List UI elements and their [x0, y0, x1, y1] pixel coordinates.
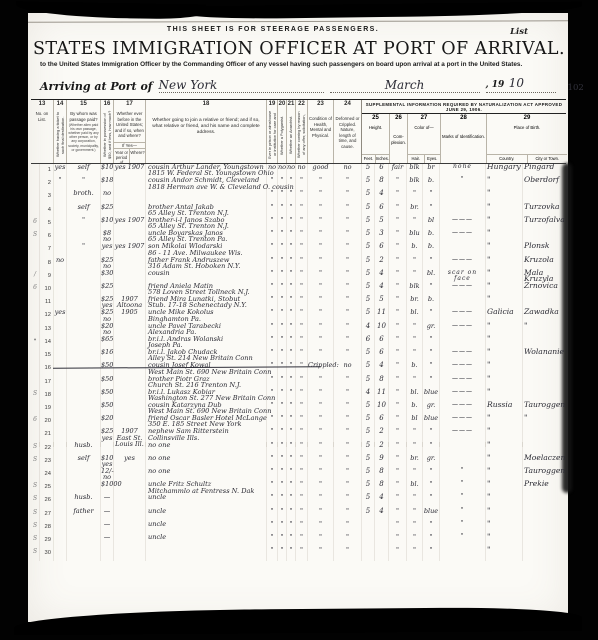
cell-complexion: " — [388, 323, 406, 336]
cell-polygamist: " — [277, 270, 286, 283]
cell-margin-mark: 6 — [31, 415, 39, 428]
cell-money — [100, 442, 113, 455]
cell-passage-paid: self — [66, 204, 100, 217]
cell-birth-city: Zrnovica — [522, 283, 566, 296]
cell-row-number: 7 — [39, 243, 53, 256]
cell-birth-country: " — [485, 257, 522, 270]
cell-ticket — [53, 521, 66, 534]
cell-hair: " — [406, 270, 422, 283]
cell-contract-labor: " — [295, 362, 307, 375]
col29-number: 29 — [487, 114, 567, 124]
cell-eyes: " — [422, 309, 439, 322]
col-polygamist: 20 Whether a Polygamist. — [277, 100, 286, 163]
cell-marks: ——— — [439, 389, 485, 402]
cell-margin-mark — [31, 204, 39, 217]
cell-row-number: 11 — [39, 296, 53, 309]
cell-height-inches: 4 — [374, 362, 388, 375]
cell-height-feet: 5 — [361, 508, 374, 521]
cell-height-inches: 6 — [374, 204, 388, 217]
cell-eyes: " — [422, 257, 439, 270]
col-deformed: 24 Deformed or Crippled. Nature, length … — [333, 100, 361, 163]
cell-ever-in-us — [113, 402, 145, 415]
cell-margin-mark — [31, 243, 39, 256]
cell-contract-labor: " — [295, 508, 307, 521]
cell-marks: ——— — [439, 362, 485, 375]
cell-prison: " — [266, 270, 277, 283]
cell-eyes: " — [422, 204, 439, 217]
cell-height-feet: 5 — [361, 442, 374, 455]
cell-ever-in-us: yes — [113, 455, 145, 468]
cell-birth-city: " — [522, 323, 566, 336]
cell-money: $50 — [100, 362, 113, 375]
cell-birth-country: Hungary — [485, 164, 522, 177]
scanned-manifest-screenshot: { "page": { "sheet_note": "THIS SHEET IS… — [0, 0, 598, 640]
cell-ticket: no — [53, 257, 66, 270]
cell-complexion: " — [388, 257, 406, 270]
cell-prison: " — [266, 257, 277, 270]
cell-hair: bl. — [406, 389, 422, 402]
col20-label: Whether a Polygamist. — [279, 110, 284, 160]
cell-eyes: " — [422, 442, 439, 455]
cell-eyes: " — [422, 376, 439, 389]
cell-height-feet: 5 — [361, 204, 374, 217]
scan-tear-top-right — [188, 2, 582, 20]
cell-margin-mark: S — [31, 494, 39, 507]
cell-margin-mark — [31, 323, 39, 336]
cell-relative: brother Antal Jakab 65 Alley St. Trenton… — [145, 204, 266, 217]
cell-ever-in-us — [113, 481, 145, 494]
cell-money: $50 — [100, 376, 113, 389]
cell-contract-labor: " — [295, 243, 307, 256]
cell-row-number: 5 — [39, 217, 53, 230]
cell-row-number: 15 — [39, 349, 53, 362]
cell-relative: uncle Mike Kokolus Binghamton Pa. — [145, 309, 266, 322]
cell-birth-country: " — [485, 534, 522, 547]
cell-complexion: " — [388, 494, 406, 507]
col24-label: Deformed or Crippled. Nature, length of … — [334, 110, 361, 150]
cell-height-feet: 5 — [361, 257, 374, 270]
cell-height-inches: 4 — [374, 508, 388, 521]
col17-label: Whether ever before in the United States… — [114, 110, 145, 140]
cell-ticket — [53, 455, 66, 468]
table-body: 1 yes self $10 yes 1907 cousin Arthur La… — [31, 164, 566, 561]
cell-prison: " — [266, 190, 277, 203]
cell-money — [100, 547, 113, 560]
cell-prison: " — [266, 243, 277, 256]
cell-height-feet: 5 — [361, 270, 374, 283]
cell-margin-mark — [31, 257, 39, 270]
cell-passage-paid: father — [66, 508, 100, 521]
cell-relative: cousin — [145, 270, 266, 283]
cell-polygamist: " — [277, 494, 286, 507]
cell-row-number: 24 — [39, 468, 53, 481]
supplemental-banner: SUPPLEMENTAL INFORMATION REQUIRED BY NAT… — [362, 100, 566, 114]
passenger-row: 17 $50 brother Piotr Graz Church St. 216… — [31, 376, 566, 389]
cell-relative: brother Piotr Graz Church St. 216 Trento… — [145, 376, 266, 389]
cell-birth-country: " — [485, 243, 522, 256]
cell-contract-labor: " — [295, 442, 307, 455]
cell-deformed: " — [333, 204, 361, 217]
cell-ticket — [53, 481, 66, 494]
cell-anarchist: " — [286, 190, 295, 203]
col-height: 25 Height. Feet. Inches. — [362, 114, 389, 163]
cell-prison: " — [266, 442, 277, 455]
cell-anarchist: " — [286, 243, 295, 256]
passenger-row: 8 no $25 no father Frank Andruszew 316 A… — [31, 257, 566, 270]
cell-polygamist: " — [277, 257, 286, 270]
supplemental-section: SUPPLEMENTAL INFORMATION REQUIRED BY NAT… — [361, 100, 566, 163]
page-subtitle: to the United States Immigration Officer… — [40, 61, 560, 68]
cell-row-number: 2 — [39, 177, 53, 190]
cell-polygamist: " — [277, 389, 286, 402]
sheet-edge-line — [28, 20, 568, 22]
cell-relative: br.i.l. Lukasz Kobiar Washington St. 277… — [145, 389, 266, 402]
cell-height-inches: 4 — [374, 190, 388, 203]
cell-row-number: 8 — [39, 257, 53, 270]
cell-margin-mark — [31, 362, 39, 375]
cell-eyes: " — [422, 494, 439, 507]
col14-label: Whether having a ticket to such final de… — [55, 110, 65, 160]
cell-height-feet: 5 — [361, 309, 374, 322]
cell-marks — [439, 243, 485, 256]
cell-height-feet — [361, 521, 374, 534]
cell-ticket — [53, 204, 66, 217]
cell-margin-mark — [31, 376, 39, 389]
cell-birth-country: " — [485, 190, 522, 203]
cell-row-number: 28 — [39, 521, 53, 534]
cell-deformed: " — [333, 494, 361, 507]
cell-polygamist: " — [277, 442, 286, 455]
cell-deformed: " — [333, 270, 361, 283]
cell-ticket — [53, 270, 66, 283]
cell-ticket — [53, 547, 66, 560]
cell-margin-mark — [31, 349, 39, 362]
cell-margin-mark — [31, 296, 39, 309]
cell-passage-paid — [66, 296, 100, 309]
cell-birth-city — [522, 362, 566, 375]
col27-sub-eyes: Eyes. — [424, 155, 441, 163]
cell-anarchist: " — [286, 442, 295, 455]
cell-ticket — [53, 230, 66, 243]
col25-sub-feet: Feet. — [362, 155, 375, 163]
cell-prison: " — [266, 494, 277, 507]
cell-marks — [439, 190, 485, 203]
cell-hair: " — [406, 376, 422, 389]
supplemental-columns: 25 Height. Feet. Inches. 26 Com-plexion.… — [362, 114, 566, 163]
cell-birth-country: " — [485, 455, 522, 468]
cell-birth-country: " — [485, 204, 522, 217]
cell-height-inches: 4 — [374, 494, 388, 507]
cell-anarchist: " — [286, 270, 295, 283]
col15-note: (Whether alien paid his own passage, whe… — [67, 123, 100, 152]
cell-contract-labor: " — [295, 270, 307, 283]
col17-sub-years: Year or period of years. — [114, 149, 129, 163]
cell-row-number: 19 — [39, 402, 53, 415]
cell-height-feet: 5 — [361, 190, 374, 203]
col-color-of: 27 Color of— Hair. Eyes. — [407, 114, 440, 163]
cell-passage-paid — [66, 415, 100, 428]
cell-birth-country: " — [485, 468, 522, 481]
cell-row-number: 18 — [39, 389, 53, 402]
col19-number: 19 — [267, 100, 277, 110]
cell-contract-labor: " — [295, 376, 307, 389]
cell-passage-paid — [66, 257, 100, 270]
cell-row-number: 4 — [39, 204, 53, 217]
col28-number: 28 — [441, 114, 486, 124]
cell-height-inches: 6 — [374, 243, 388, 256]
passenger-row: S 30 " " " " " " " " " " — [31, 547, 566, 560]
col-relative: 18 Whether going to join a relative or f… — [145, 100, 266, 163]
cell-health: " — [307, 243, 333, 256]
cell-margin-mark — [31, 190, 39, 203]
passenger-row: S 27 father — uncle " " " " " " 5 4 " " … — [31, 508, 566, 521]
cell-ticket: " — [53, 177, 66, 190]
col-no-on-list: 13 No. on List. — [31, 100, 53, 163]
cell-ever-in-us — [113, 389, 145, 402]
cell-birth-country: " — [485, 547, 522, 560]
cell-health: " — [307, 309, 333, 322]
col29-label: Place of Birth. — [487, 124, 567, 132]
cell-marks: ——— — [439, 283, 485, 296]
col27-sub-hair: Hair. — [408, 155, 424, 163]
cell-passage-paid: broth. — [66, 190, 100, 203]
cell-margin-mark: 6 — [31, 283, 39, 296]
cell-polygamist: " — [277, 323, 286, 336]
cell-row-number: 12 — [39, 309, 53, 322]
col16-label: Whether in possession of $50, and if les… — [102, 110, 112, 160]
cell-ticket — [53, 442, 66, 455]
month-field: March — [330, 78, 480, 93]
col13-label: No. on List. — [31, 110, 53, 123]
cell-height-inches: 10 — [374, 323, 388, 336]
cell-height-inches — [374, 534, 388, 547]
cell-polygamist: " — [277, 190, 286, 203]
cell-ever-in-us: yes 1907 — [113, 243, 145, 256]
cell-ever-in-us: yes 1907 — [113, 217, 145, 230]
cell-row-number: 23 — [39, 455, 53, 468]
cell-marks: ——— — [439, 257, 485, 270]
col21-label: Whether an Anarchist. — [288, 110, 293, 160]
cell-ever-in-us — [113, 508, 145, 521]
cell-height-inches: 2 — [374, 442, 388, 455]
cell-height-inches — [374, 547, 388, 560]
cell-relative: cousin Josef Kowal West Main St. 690 New… — [145, 362, 266, 375]
cell-polygamist: " — [277, 309, 286, 322]
cell-birth-country: " — [485, 217, 522, 230]
cell-ever-in-us — [113, 270, 145, 283]
cell-marks: " — [439, 177, 485, 190]
cell-ever-in-us — [113, 534, 145, 547]
cell-anarchist: " — [286, 389, 295, 402]
cell-ticket — [53, 243, 66, 256]
cell-ever-in-us: 1905 — [113, 309, 145, 322]
cell-margin-mark: S — [31, 508, 39, 521]
cell-birth-country: " — [485, 349, 522, 362]
cell-ticket — [53, 534, 66, 547]
cell-height-feet: 4 — [361, 389, 374, 402]
cell-margin-mark: S — [31, 389, 39, 402]
cell-margin-mark — [31, 402, 39, 415]
cell-prison: " — [266, 204, 277, 217]
cell-health: " — [307, 508, 333, 521]
cell-row-number: 9 — [39, 270, 53, 283]
cell-margin-mark — [31, 468, 39, 481]
col25-number: 25 — [362, 114, 389, 124]
cell-birth-city: Oberdorf — [522, 177, 566, 190]
cell-eyes: " — [422, 362, 439, 375]
passenger-row: 12 yes $25 no 1905 uncle Mike Kokolus Bi… — [31, 309, 566, 322]
cell-hair: " — [406, 442, 422, 455]
cell-polygamist: " — [277, 508, 286, 521]
cell-ever-in-us — [113, 177, 145, 190]
cell-height-feet — [361, 534, 374, 547]
cell-margin-mark: • — [31, 336, 39, 349]
cell-hair: " — [406, 257, 422, 270]
cell-birth-country: Galicia — [485, 309, 522, 322]
cell-birth-country: " — [485, 177, 522, 190]
cell-money: — — [100, 508, 113, 521]
cell-prison: " — [266, 362, 277, 375]
cell-birth-country: " — [485, 494, 522, 507]
cell-complexion: " — [388, 270, 406, 283]
passenger-row: S 18 $50 br.i.l. Lukasz Kobiar Washingto… — [31, 389, 566, 402]
passenger-row: S 26 husb. — uncle " " " " " " 5 4 " " "… — [31, 494, 566, 507]
cell-eyes: bl. — [422, 270, 439, 283]
cell-anarchist: " — [286, 309, 295, 322]
passenger-row: 3 broth. no " " " " " " 5 4 " " " " — [31, 190, 566, 203]
cell-anarchist: " — [286, 494, 295, 507]
cell-ticket — [53, 389, 66, 402]
cell-row-number: 20 — [39, 415, 53, 428]
col28-label: Marks of Identification. — [441, 124, 486, 141]
col17-subheads: Year or period of years. Where? — [114, 148, 145, 163]
cell-birth-city — [522, 521, 566, 534]
steerage-note: THIS SHEET IS FOR STEERAGE PASSENGERS. — [88, 26, 458, 33]
cell-height-feet: 5 — [361, 243, 374, 256]
cell-margin-mark: S — [31, 547, 39, 560]
cell-marks: ——— — [439, 230, 485, 243]
arriving-line: Arriving at Port of New York March , 19 … — [40, 72, 560, 93]
cell-anarchist: " — [286, 323, 295, 336]
cell-height-feet: 5 — [361, 362, 374, 375]
port-field: New York — [159, 78, 324, 93]
cell-prison: " — [266, 376, 277, 389]
cell-complexion: " — [388, 309, 406, 322]
cell-complexion: " — [388, 547, 406, 560]
cell-relative: uncle — [145, 494, 266, 507]
cell-margin-mark — [31, 164, 39, 177]
cell-deformed: " — [333, 309, 361, 322]
list-label: List — [510, 27, 528, 37]
cell-ever-in-us — [113, 362, 145, 375]
page-number: 102 — [568, 83, 598, 93]
passenger-row: S 28 — uncle " " " " " " " " " " " — [31, 521, 566, 534]
cell-anarchist: " — [286, 362, 295, 375]
cell-polygamist: " — [277, 362, 286, 375]
cell-ticket — [53, 190, 66, 203]
cell-margin-mark: S — [31, 455, 39, 468]
cell-prison: " — [266, 309, 277, 322]
cell-margin-mark: S — [31, 442, 39, 455]
cell-ever-in-us: yes 1907 — [113, 164, 145, 177]
cell-margin-mark — [31, 309, 39, 322]
cell-relative: son Mikolai Wlodarski 86 - 11 Ave. Milwa… — [145, 243, 266, 256]
cell-passage-paid: " — [66, 243, 100, 256]
cell-deformed: " — [333, 243, 361, 256]
cell-money: $50 — [100, 389, 113, 402]
passenger-row: S 25 $1000 uncle Fritz Schultz Mitchamml… — [31, 481, 566, 494]
cell-ever-in-us — [113, 204, 145, 217]
cell-money: $25 no — [100, 257, 113, 270]
cell-anarchist: " — [286, 547, 295, 560]
cell-complexion: " — [388, 442, 406, 455]
cell-contract-labor: " — [295, 190, 307, 203]
cell-money: $25 — [100, 204, 113, 217]
cell-birth-city — [522, 494, 566, 507]
cell-height-inches: 11 — [374, 389, 388, 402]
year-written: 10 — [509, 76, 524, 90]
col14-number: 14 — [54, 100, 66, 110]
cell-ticket — [53, 508, 66, 521]
cell-ever-in-us — [113, 257, 145, 270]
cell-marks: " — [439, 508, 485, 521]
cell-complexion: " — [388, 362, 406, 375]
passenger-row: / 9 $30 cousin " " " " " " 5 4 " " bl. s… — [31, 270, 566, 283]
cell-birth-city: Wolananie — [522, 349, 566, 362]
cell-marks — [439, 547, 485, 560]
cell-eyes: blue — [422, 508, 439, 521]
cell-deformed: " — [333, 389, 361, 402]
col-contract-labor: 22 Whether coming by reason of any offer… — [295, 100, 307, 163]
col24-number: 24 — [334, 100, 361, 110]
col-complexion: 26 Com-plexion. — [389, 114, 407, 163]
cell-ticket: yes — [53, 309, 66, 322]
passenger-row: 4 self $25 brother Antal Jakab 65 Alley … — [31, 204, 566, 217]
cell-contract-labor: " — [295, 389, 307, 402]
cell-ever-in-us — [113, 521, 145, 534]
cell-contract-labor: " — [295, 204, 307, 217]
cell-prison: " — [266, 389, 277, 402]
cell-ticket — [53, 323, 66, 336]
cell-eyes: gr. — [422, 323, 439, 336]
col18-label: Whether going to join a relative or frie… — [146, 110, 266, 138]
cell-marks: ——— — [439, 323, 485, 336]
cell-birth-city: Zawadka — [522, 309, 566, 322]
cell-prison: " — [266, 547, 277, 560]
manifest-table: 13 No. on List. 14 Whether having a tick… — [31, 99, 566, 561]
cell-deformed: " — [333, 257, 361, 270]
col23-number: 23 — [308, 100, 333, 110]
cell-margin-mark — [31, 177, 39, 190]
passenger-row: S 29 — uncle " " " " " " " " " " " — [31, 534, 566, 547]
cell-passage-paid — [66, 323, 100, 336]
col-passage-paid: 15 By whom was passage paid? (Whether al… — [66, 100, 100, 163]
cell-complexion: " — [388, 190, 406, 203]
cell-row-number: 26 — [39, 494, 53, 507]
cell-complexion: " — [388, 508, 406, 521]
cell-ticket — [53, 494, 66, 507]
cell-passage-paid — [66, 534, 100, 547]
cell-marks: " — [439, 534, 485, 547]
cell-ever-in-us — [113, 190, 145, 203]
col25-label: Height. — [362, 124, 389, 132]
cell-anarchist: " — [286, 257, 295, 270]
cell-passage-paid: " — [66, 217, 100, 230]
cell-height-feet: 4 — [361, 323, 374, 336]
cell-hair: " — [406, 323, 422, 336]
cell-birth-country: " — [485, 323, 522, 336]
col22-number: 22 — [296, 100, 307, 110]
